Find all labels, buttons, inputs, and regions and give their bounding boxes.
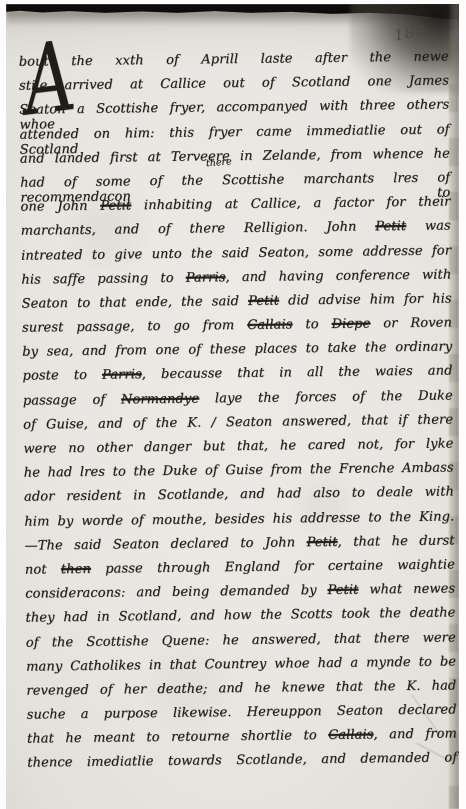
- manuscript-line: thence imediatlie towards Scotlande, and…: [27, 751, 457, 780]
- manuscript-page: 180 A there bout the xxth of Aprill last…: [6, 4, 459, 809]
- manuscript-text-block: there bout the xxth of Aprill laste afte…: [19, 49, 458, 780]
- scan-background: 180 A there bout the xxth of Aprill last…: [0, 0, 466, 809]
- interlinear-insertion: there: [206, 156, 233, 169]
